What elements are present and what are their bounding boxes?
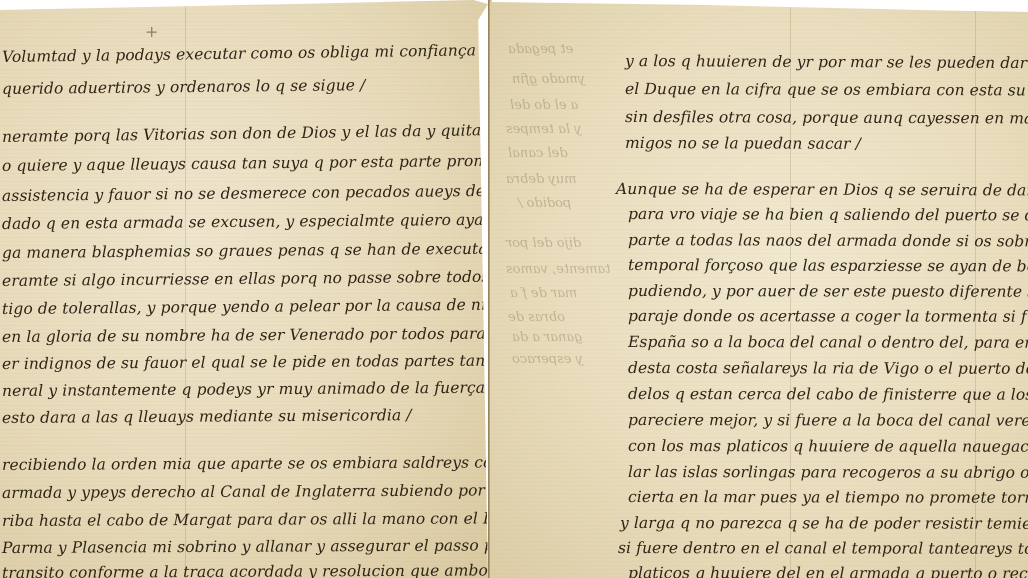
text-line: parte a todas las naos del armada donde … bbox=[628, 231, 1028, 251]
ghost-line: ganar a da bbox=[512, 330, 583, 345]
text-line: el Duque en la cifra que se os embiara c… bbox=[625, 80, 1026, 99]
text-line: si fuere dentro en el canal el temporal … bbox=[618, 539, 1028, 558]
ghost-line: podido / bbox=[518, 196, 571, 211]
text-line: y larga q no parezca q se ha de poder re… bbox=[620, 514, 1028, 533]
text-line: temporal forçoso que las esparziesse se … bbox=[628, 256, 1028, 276]
text-line: lar las islas sorlingas para recogeros a… bbox=[628, 463, 1028, 482]
ghost-line: mar de f a bbox=[510, 286, 577, 301]
ghost-line: obras de bbox=[508, 310, 565, 325]
text-line: riba hasta el cabo de Margat para dar os… bbox=[2, 509, 488, 530]
manuscript-spread: + Volumtad y la podays executar como os … bbox=[0, 0, 1028, 578]
text-line: platicos q huuiere del en el armada q pu… bbox=[628, 564, 1028, 578]
text-line: sin desfiles otra cosa, porque aunq caye… bbox=[625, 108, 1028, 127]
text-line: querido aduertiros y ordenaros lo q se s… bbox=[2, 76, 366, 98]
text-line: Volumtad y la podays executar como os ob… bbox=[2, 41, 476, 66]
left-page: + Volumtad y la podays executar como os … bbox=[0, 0, 488, 578]
text-line: cierta en la mar pues ya el tiempo no pr… bbox=[628, 488, 1028, 507]
right-page: et pegada ymado gfin a el do del y la te… bbox=[490, 0, 1028, 578]
ghost-line: dijo del por bbox=[506, 236, 581, 251]
ghost-line: a el do del bbox=[510, 98, 578, 113]
text-line: desta costa señalareys la ria de Vigo o … bbox=[628, 359, 1028, 378]
text-line: o quiere y aque lleuays causa tan suya q… bbox=[2, 152, 488, 175]
text-line: ga manera blasphemias so graues penas q … bbox=[2, 240, 488, 262]
text-line: delos q estan cerca del cabo de finister… bbox=[628, 385, 1028, 404]
text-line: España so a la boca del canal o dentro d… bbox=[628, 333, 1028, 352]
text-line: neramte porq las Vitorias son don de Dio… bbox=[2, 121, 482, 146]
text-line: en la gloria de su nombre ha de ser Vene… bbox=[2, 324, 488, 346]
ghost-line: y esperaco bbox=[512, 352, 583, 367]
text-line: Aunque se ha de esperar en Dios q se ser… bbox=[616, 180, 1028, 199]
text-line: dado q en esta armada se excusen, y espe… bbox=[2, 211, 488, 233]
text-line: er indignos de su fauor el qual se le pi… bbox=[2, 352, 485, 373]
text-line: eramte si algo incurriesse en ellas porq… bbox=[2, 268, 488, 290]
text-line: tigo de tolerallas, y porque yendo a pel… bbox=[2, 295, 488, 318]
ghost-line: muy debra bbox=[506, 172, 576, 187]
text-line: con los mas platicos q huuiere de aquell… bbox=[628, 437, 1028, 456]
ghost-line: et pegada bbox=[508, 42, 573, 57]
text-line: pareciere mejor, y si fuere a la boca de… bbox=[628, 411, 1028, 430]
ghost-line: ymado gfin bbox=[512, 72, 585, 87]
cross-mark-icon: + bbox=[145, 22, 158, 41]
text-line: assistencia y fauor si no se desmerece c… bbox=[2, 181, 488, 205]
text-line: para vro viaje se ha bien q saliendo del… bbox=[628, 205, 1028, 225]
text-line: migos no se la puedan sacar / bbox=[625, 134, 861, 153]
text-line: transito conforme a la traça acordada y … bbox=[2, 561, 488, 578]
text-line: y a los q huuieren de yr por mar se les … bbox=[625, 52, 1028, 72]
text-line: pudiendo, y por auer de ser este puesto … bbox=[628, 282, 1028, 301]
ghost-line: del canal bbox=[508, 146, 568, 161]
text-line: neral y instantemente q podeys yr muy an… bbox=[2, 379, 485, 400]
ghost-line: tamente, vamos bbox=[506, 262, 610, 277]
text-line: Parma y Plasencia mi sobrino y allanar y… bbox=[2, 536, 488, 557]
text-line: recibiendo la orden mia que aparte se os… bbox=[2, 453, 488, 474]
text-line: armada y ypeys derecho al Canal de Ingla… bbox=[2, 481, 488, 502]
text-line: paraje donde os acertasse a coger la tor… bbox=[628, 307, 1028, 326]
ghost-line: y la tempes bbox=[506, 122, 581, 137]
text-line: esto dara a las q lleuays mediante su mi… bbox=[2, 406, 412, 427]
